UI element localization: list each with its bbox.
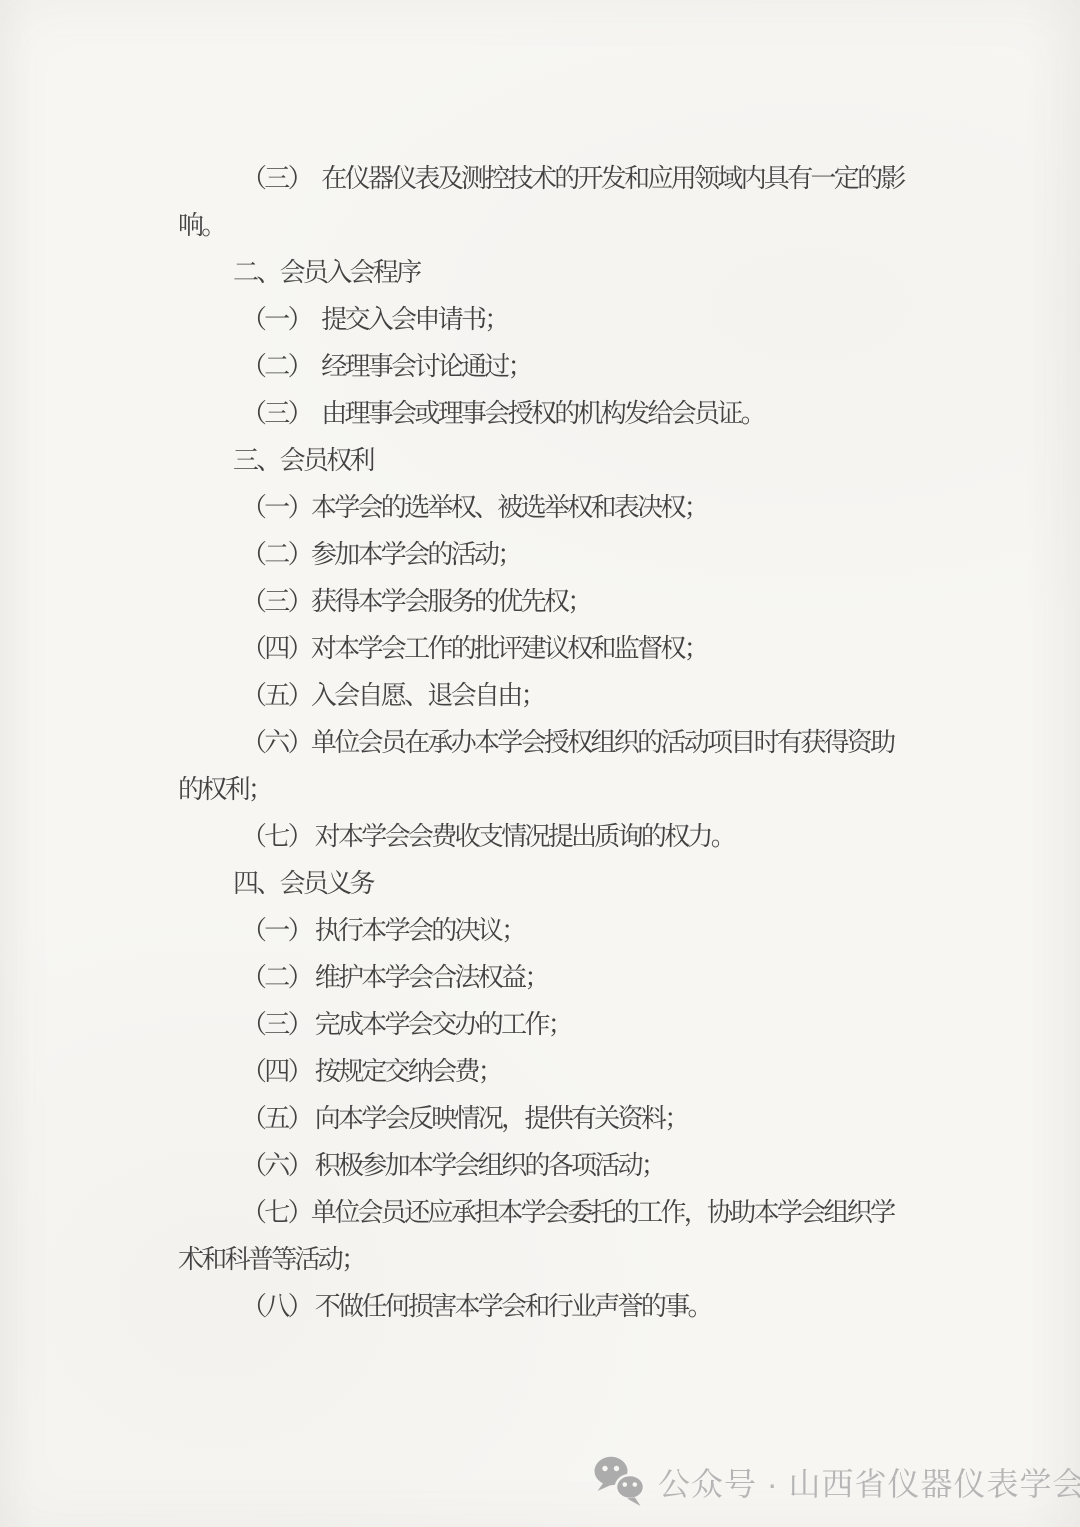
paragraph-line: （二）参加本学会的活动； bbox=[178, 531, 904, 578]
section-heading: 三、会员权利 bbox=[178, 437, 904, 484]
paragraph-line: （二） 经理事会讨论通过； bbox=[178, 343, 904, 390]
wechat-watermark: 公众号 · 山西省仪器仪表学会 bbox=[594, 1456, 1080, 1508]
paragraph-line: （一） 提交入会申请书； bbox=[178, 296, 904, 343]
paragraph-line: （四）对本学会工作的批评建议权和监督权； bbox=[178, 625, 904, 672]
paragraph-line: （四） 按规定交纳会费； bbox=[178, 1048, 904, 1095]
paragraph-line: （三）获得本学会服务的优先权； bbox=[178, 578, 904, 625]
paragraph-line: （五）入会自愿、退会自由； bbox=[178, 672, 904, 719]
paragraph-line: （七）单位会员还应承担本学会委托的工作，协助本学会组织学术和科普等活动； bbox=[178, 1189, 904, 1283]
paragraph-line: （五） 向本学会反映情况，提供有关资料； bbox=[178, 1095, 904, 1142]
section-heading: 二、会员入会程序 bbox=[178, 249, 904, 296]
document-body: （三） 在仪器仪表及测控技术的开发和应用领域内具有一定的影响。 二、会员入会程序… bbox=[178, 155, 904, 1330]
section-heading: 四、会员义务 bbox=[178, 860, 904, 907]
paragraph-line: （三） 由理事会或理事会授权的机构发给会员证。 bbox=[178, 390, 904, 437]
paragraph-line: （六）单位会员在承办本学会授权组织的活动项目时有获得资助的权利； bbox=[178, 719, 904, 813]
paragraph-line: （一）本学会的选举权、被选举权和表决权； bbox=[178, 484, 904, 531]
paragraph-line: （六） 积极参加本学会组织的各项活动； bbox=[178, 1142, 904, 1189]
paragraph-line: （二） 维护本学会合法权益； bbox=[178, 954, 904, 1001]
wechat-icon bbox=[594, 1456, 648, 1508]
paragraph-line: （三） 在仪器仪表及测控技术的开发和应用领域内具有一定的影响。 bbox=[178, 155, 904, 249]
scanned-document-page: （三） 在仪器仪表及测控技术的开发和应用领域内具有一定的影响。 二、会员入会程序… bbox=[0, 0, 1080, 1527]
watermark-label: 公众号 · 山西省仪器仪表学会 bbox=[658, 1459, 1080, 1505]
paragraph-line: （一） 执行本学会的决议； bbox=[178, 907, 904, 954]
paragraph-line: （七） 对本学会会费收支情况提出质询的权力。 bbox=[178, 813, 904, 860]
paragraph-line: （八） 不做任何损害本学会和行业声誉的事。 bbox=[178, 1283, 904, 1330]
paragraph-line: （三） 完成本学会交办的工作； bbox=[178, 1001, 904, 1048]
